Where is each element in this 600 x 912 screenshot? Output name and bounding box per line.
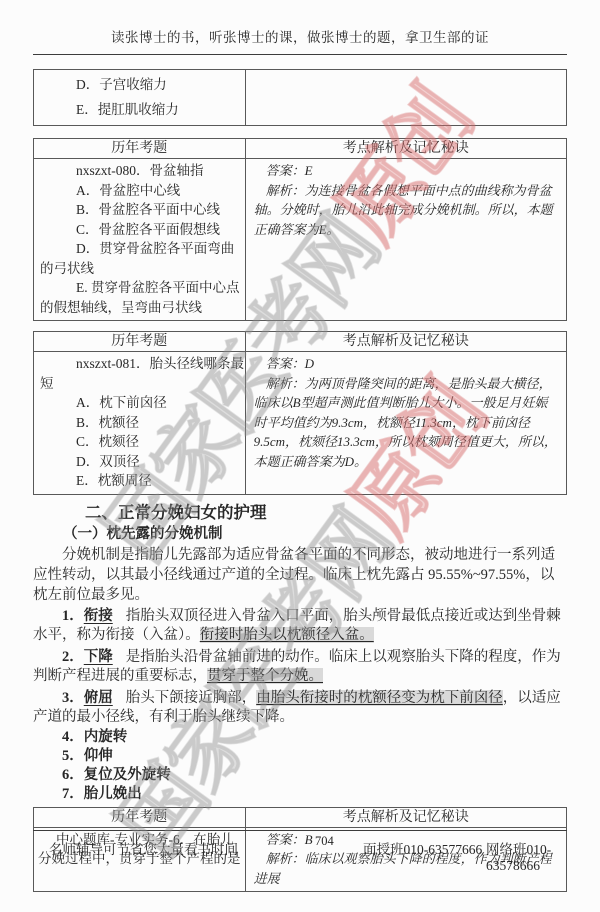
item-number: 2． [62,649,84,665]
option-b: B．骨盆腔各平面中心线 [34,200,245,220]
option-b: B．枕额径 [34,413,245,433]
option-e: E. 贯穿骨盆腔各平面中心点的假想轴线，呈弯曲弓状线 [34,278,245,317]
column-header-questions: 历年考题 [34,139,246,159]
item-term: 仰伸 [84,748,113,764]
analysis-text: 解析：为两顶骨隆突间的距离，是胎头最大横径，临床以B型超声测此值判断胎儿大小。一… [246,374,566,472]
question-081-table: 历年考题 考点解析及记忆秘诀 nxszxt-081．胎头径线哪条最短 A．枕下前… [33,331,567,495]
item-number: 1． [62,608,84,624]
question-stem: nxszxt-080．骨盆轴指 [34,161,245,181]
column-header-analysis: 考点解析及记忆秘诀 [245,807,566,827]
option-e: E．枕额周径 [34,471,245,491]
table-row: D．子宫收缩力 E．提肛肌收缩力 [34,70,567,126]
option-c: C．枕颏径 [34,432,245,452]
item-highlight: 由胎头衔接时的枕额径变为枕下前囟径 [256,690,503,706]
section-title: 二、正常分娩妇女的护理 [85,503,567,523]
option-c: C．骨盆腔各平面假想线 [34,220,245,240]
option-d: D．子宫收缩力 [34,72,245,97]
mechanism-item-3: 3．俯屈胎头下颌接近胸部，由胎头衔接时的枕额径变为枕下前囟径，以适应产道的最小径… [33,689,567,728]
column-header-questions: 历年考题 [34,332,246,352]
footer-slogan: 名师辅导可节省您大量看书时间 [49,838,238,858]
header-motto: 读张博士的书，听张博士的课，做张博士的题，拿卫生部的证 [0,26,600,46]
item-term: 复位及外旋转 [84,767,171,783]
page-footer: 名师辅导可节省您大量看书时间 704 面授班010-63577666 网络班01… [33,830,567,857]
option-e: E．提肛肌收缩力 [34,97,245,122]
column-header-questions: 历年考题 [34,807,246,827]
table-header-row: 历年考题 考点解析及记忆秘诀 [34,139,567,159]
item-term: 俯屈 [84,690,113,706]
empty-cell [245,70,566,126]
answer-line: 答案：D [246,354,566,374]
item-term: 下降 [84,649,113,665]
analysis-080-cell: 答案：E 解析：为连接骨盆各假想平面中点的曲线称为骨盆轴。分娩时，胎儿沿此轴完成… [245,159,566,321]
item-highlight: 衔接时胎头以枕额径入盆。 [200,627,374,643]
mechanism-item-2: 2．下降是指胎头沿骨盆轴前进的动作。临床上以观察胎头下降的程度，作为判断产程进展… [33,648,567,687]
question-stem: nxszxt-081．胎头径线哪条最短 [34,354,245,393]
item-number: 5． [62,748,84,764]
carryover-options-table: D．子宫收缩力 E．提肛肌收缩力 [33,69,567,126]
item-number: 3． [62,690,84,706]
item-number: 4． [62,729,84,745]
mechanism-item-1: 1．衔接指胎头双顶径进入骨盆入口平面，胎头颅骨最低点接近或达到坐骨棘水平，称为衔… [33,607,567,646]
footer-phone-online: 网络班010-63578666 [486,838,567,874]
answer-line: 答案：E [246,161,566,181]
item-term: 内旋转 [84,729,128,745]
column-header-analysis: 考点解析及记忆秘诀 [245,139,566,159]
footer-phone-onsite: 面授班010-63577666 [363,838,482,858]
item-highlight: 贯穿于整个分娩。 [207,668,323,684]
analysis-081-cell: 答案：D 解析：为两顶骨隆突间的距离，是胎头最大横径，临床以B型超声测此值判断胎… [245,352,566,495]
table-header-row: 历年考题 考点解析及记忆秘诀 [34,807,567,827]
document-page: 读张博士的书，听张博士的课，做张博士的题，拿卫生部的证 国家医考网原创 国家医考… [0,0,600,912]
item-text: 胎头下颌接近胸部， [126,690,257,706]
table-header-row: 历年考题 考点解析及记忆秘诀 [34,332,567,352]
column-header-analysis: 考点解析及记忆秘诀 [245,332,566,352]
mechanism-item-5: 5．仰伸 [33,747,567,766]
page-content: D．子宫收缩力 E．提肛肌收缩力 历年考题 考点解析及记忆秘诀 nxszxt-0… [33,64,567,892]
page-number: 704 [315,834,334,849]
section-intro: 分娩机制是指胎儿先露部为适应骨盆各平面的不同形态，被动地进行一系列适应性转动，以… [33,545,567,605]
option-d: D．贯穿骨盆腔各平面弯曲的弓状线 [34,239,245,278]
item-number: 6． [62,767,84,783]
table-row: nxszxt-081．胎头径线哪条最短 A．枕下前囟径 B．枕额径 C．枕颏径 … [34,352,567,495]
item-number: 7． [62,786,84,802]
mechanism-item-7: 7．胎儿娩出 [33,785,567,804]
analysis-text: 解析：为连接骨盆各假想平面中点的曲线称为骨盆轴。分娩时，胎儿沿此轴完成分娩机制。… [246,181,566,240]
item-term: 胎儿娩出 [84,786,142,802]
carryover-options-cell: D．子宫收缩力 E．提肛肌收缩力 [34,70,246,126]
option-a: A．骨盆腔中心线 [34,181,245,201]
mechanism-item-6: 6．复位及外旋转 [33,766,567,785]
table-row: nxszxt-080．骨盆轴指 A．骨盆腔中心线 B．骨盆腔各平面中心线 C．骨… [34,159,567,321]
question-081-cell: nxszxt-081．胎头径线哪条最短 A．枕下前囟径 B．枕额径 C．枕颏径 … [34,352,246,495]
mechanism-item-4: 4．内旋转 [33,728,567,747]
question-080-table: 历年考题 考点解析及记忆秘诀 nxszxt-080．骨盆轴指 A．骨盆腔中心线 … [33,138,567,321]
item-term: 衔接 [84,608,113,624]
section-subtitle: （一）枕先露的分娩机制 [63,525,567,543]
option-a: A．枕下前囟径 [34,393,245,413]
question-080-cell: nxszxt-080．骨盆轴指 A．骨盆腔中心线 B．骨盆腔各平面中心线 C．骨… [34,159,246,321]
header-rule [33,54,567,55]
option-d: D．双顶径 [34,452,245,472]
